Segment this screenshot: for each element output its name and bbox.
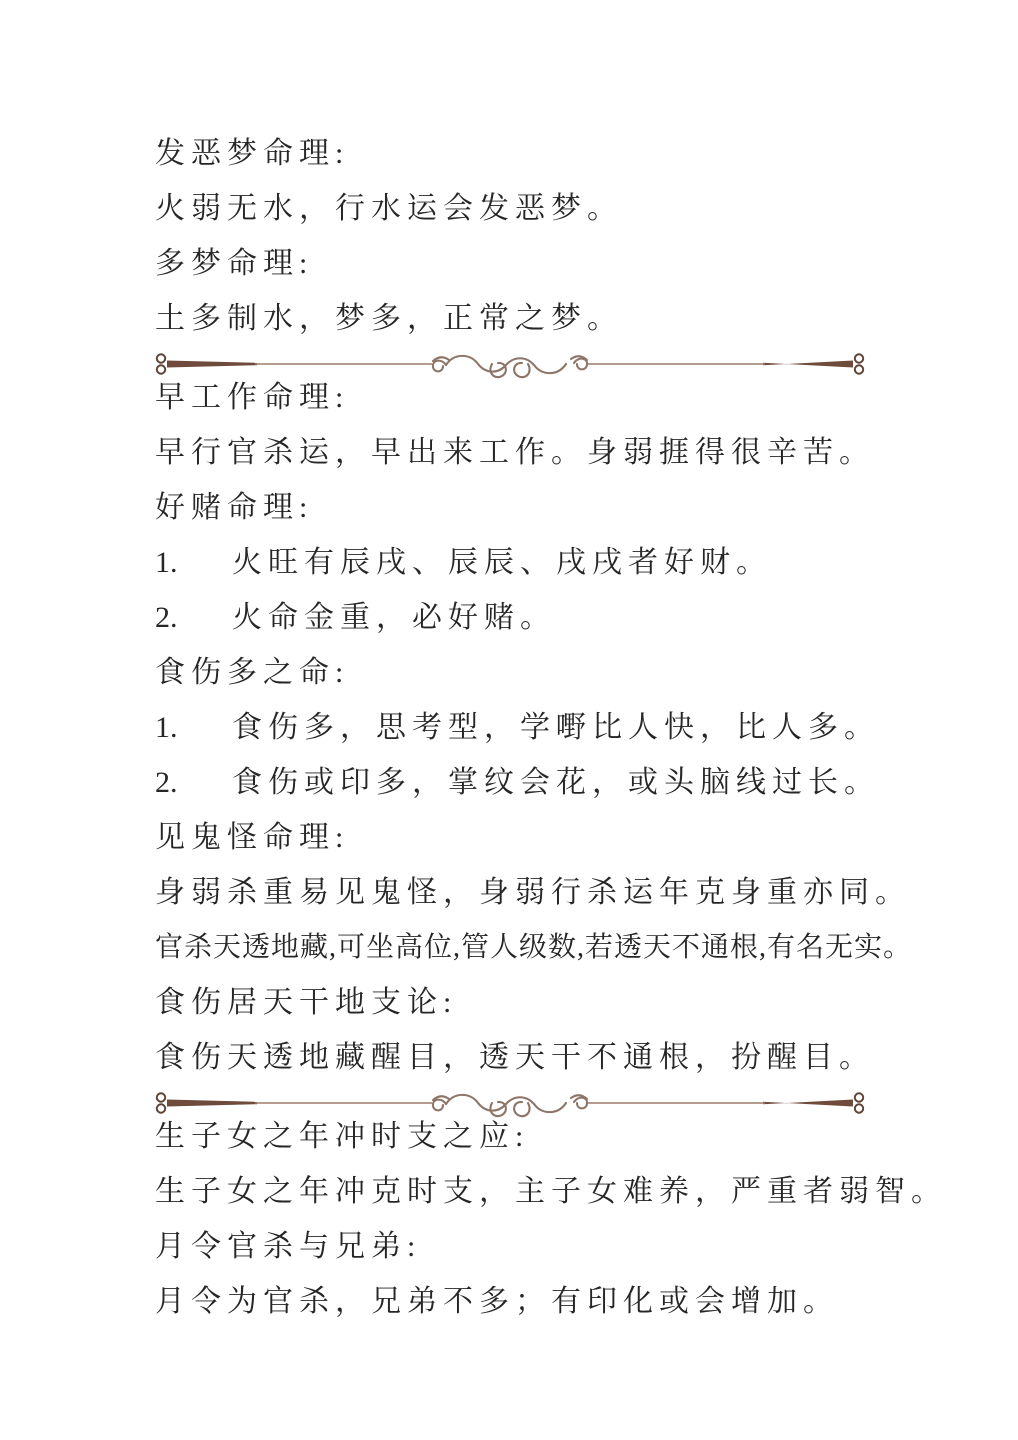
body-text: 生子女之年冲克时支，主子女难养，严重者弱智。 xyxy=(155,1176,928,1208)
ornamental-divider xyxy=(155,1083,928,1119)
list-item: 2.火命金重，必好赌。 xyxy=(155,602,928,634)
list-item-text: 火命金重，必好赌。 xyxy=(232,601,556,634)
flourish-divider-icon xyxy=(152,1083,868,1123)
body-text: 土多制水，梦多，正常之梦。 xyxy=(155,303,928,335)
document-page: 发恶梦命理: 火弱无水，行水运会发恶梦。 多梦命理: 土多制水，梦多，正常之梦。 xyxy=(0,0,1018,1440)
section-heading: 月令官杀与兄弟: xyxy=(155,1231,928,1263)
body-text: 身弱杀重易见鬼怪，身弱行杀运年克身重亦同。 xyxy=(155,877,928,909)
list-item-number: 1. xyxy=(155,712,232,744)
section-heading: 早工作命理: xyxy=(155,382,928,414)
flourish-divider-icon xyxy=(152,344,868,384)
body-text: 月令为官杀，兄弟不多；有印化或会增加。 xyxy=(155,1286,928,1318)
section-heading: 见鬼怪命理: xyxy=(155,822,928,854)
list-item: 1.食伤多，思考型，学嘢比人快，比人多。 xyxy=(155,712,928,744)
section-heading: 多梦命理: xyxy=(155,248,928,280)
list-item-text: 火旺有辰戌、辰辰、戌戌者好财。 xyxy=(232,546,772,579)
body-text: 早行官杀运，早出来工作。身弱捱得很辛苦。 xyxy=(155,437,928,469)
list-item-number: 2. xyxy=(155,602,232,634)
section-heading: 食伤居天干地支论: xyxy=(155,987,928,1019)
body-text: 火弱无水，行水运会发恶梦。 xyxy=(155,193,928,225)
list-item-number: 1. xyxy=(155,547,232,579)
list-item-text: 食伤或印多，掌纹会花，或头脑线过长。 xyxy=(232,766,880,799)
section-heading: 发恶梦命理: xyxy=(155,138,928,170)
body-text: 食伤天透地藏醒目，透天干不通根，扮醒目。 xyxy=(155,1042,928,1074)
section-heading: 食伤多之命: xyxy=(155,657,928,689)
list-item-text: 食伤多，思考型，学嘢比人快，比人多。 xyxy=(232,711,880,744)
section-heading: 好赌命理: xyxy=(155,492,928,524)
list-item: 2.食伤或印多，掌纹会花，或头脑线过长。 xyxy=(155,767,928,799)
list-item: 1.火旺有辰戌、辰辰、戌戌者好财。 xyxy=(155,547,928,579)
body-text: 官杀天透地藏,可坐高位,管人级数,若透天不通根,有名无实。 xyxy=(155,932,928,964)
section-heading: 生子女之年冲时支之应: xyxy=(155,1121,928,1153)
list-item-number: 2. xyxy=(155,767,232,799)
ornamental-divider xyxy=(155,344,928,380)
